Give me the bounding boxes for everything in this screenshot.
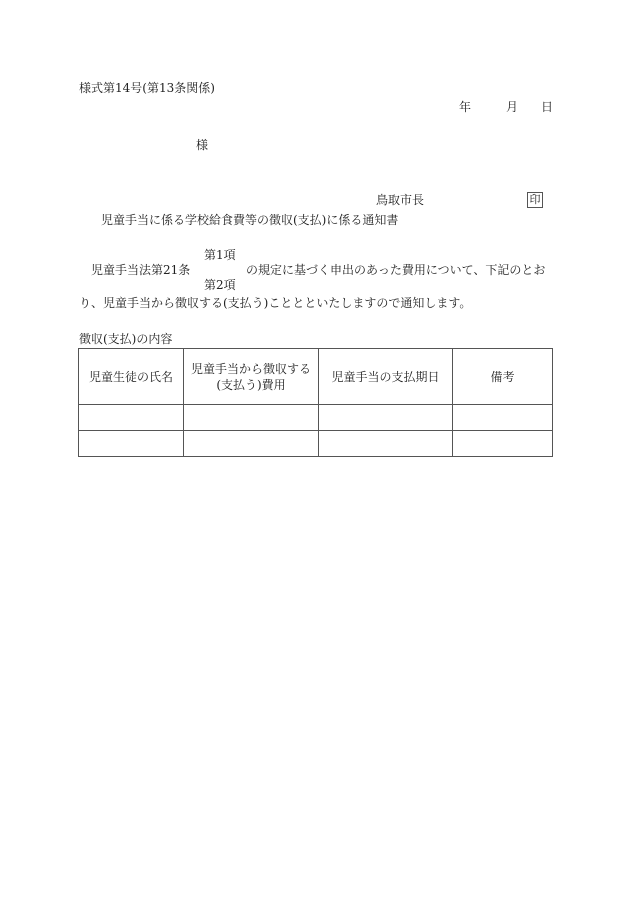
table-cell[interactable] [184, 405, 319, 431]
addressee-suffix: 様 [196, 139, 208, 151]
content-table: 児童生徒の氏名 児童手当から徴収する (支払う)費用 児童手当の支払期日 備考 [78, 348, 553, 457]
table-row [79, 405, 553, 431]
date-year-label: 年 [459, 101, 471, 113]
column-header-remarks: 備考 [453, 349, 553, 405]
table-caption: 徴収(支払)の内容 [79, 333, 172, 345]
header-text: 備考 [490, 370, 514, 384]
header-text: 児童生徒の氏名 [89, 370, 173, 384]
body-line1-rest: の規定に基づく申出のあった費用について、下記のとお [246, 264, 545, 276]
header-text-line2: (支払う)費用 [184, 377, 318, 393]
table-row [79, 431, 553, 457]
table-cell[interactable] [453, 431, 553, 457]
table-cell[interactable] [79, 405, 184, 431]
law-reference: 児童手当法第21条 [91, 264, 190, 276]
paragraph-option-1: 第1項 [204, 249, 236, 261]
table-cell[interactable] [319, 405, 453, 431]
header-text: 児童手当の支払期日 [331, 370, 439, 384]
document-title: 児童手当に係る学校給食費等の徴収(支払)に係る通知書 [101, 214, 398, 226]
header-text-line1: 児童手当から徴収する [184, 361, 318, 377]
body-line2: り、児童手当から徴収する(支払う)こととといたしますので通知します。 [79, 297, 471, 309]
date-day-label: 日 [541, 101, 553, 113]
table-cell[interactable] [319, 431, 453, 457]
table-cell[interactable] [453, 405, 553, 431]
column-header-cost: 児童手当から徴収する (支払う)費用 [184, 349, 319, 405]
table-cell[interactable] [79, 431, 184, 457]
column-header-payment-date: 児童手当の支払期日 [319, 349, 453, 405]
form-number: 様式第14号(第13条関係) [79, 82, 215, 94]
column-header-student-name: 児童生徒の氏名 [79, 349, 184, 405]
paragraph-option-2: 第2項 [204, 279, 236, 291]
table-cell[interactable] [184, 431, 319, 457]
seal-mark: 印 [527, 192, 543, 208]
date-month-label: 月 [506, 101, 518, 113]
issuer-name: 鳥取市長 [376, 194, 424, 206]
table-header-row: 児童生徒の氏名 児童手当から徴収する (支払う)費用 児童手当の支払期日 備考 [79, 349, 553, 405]
